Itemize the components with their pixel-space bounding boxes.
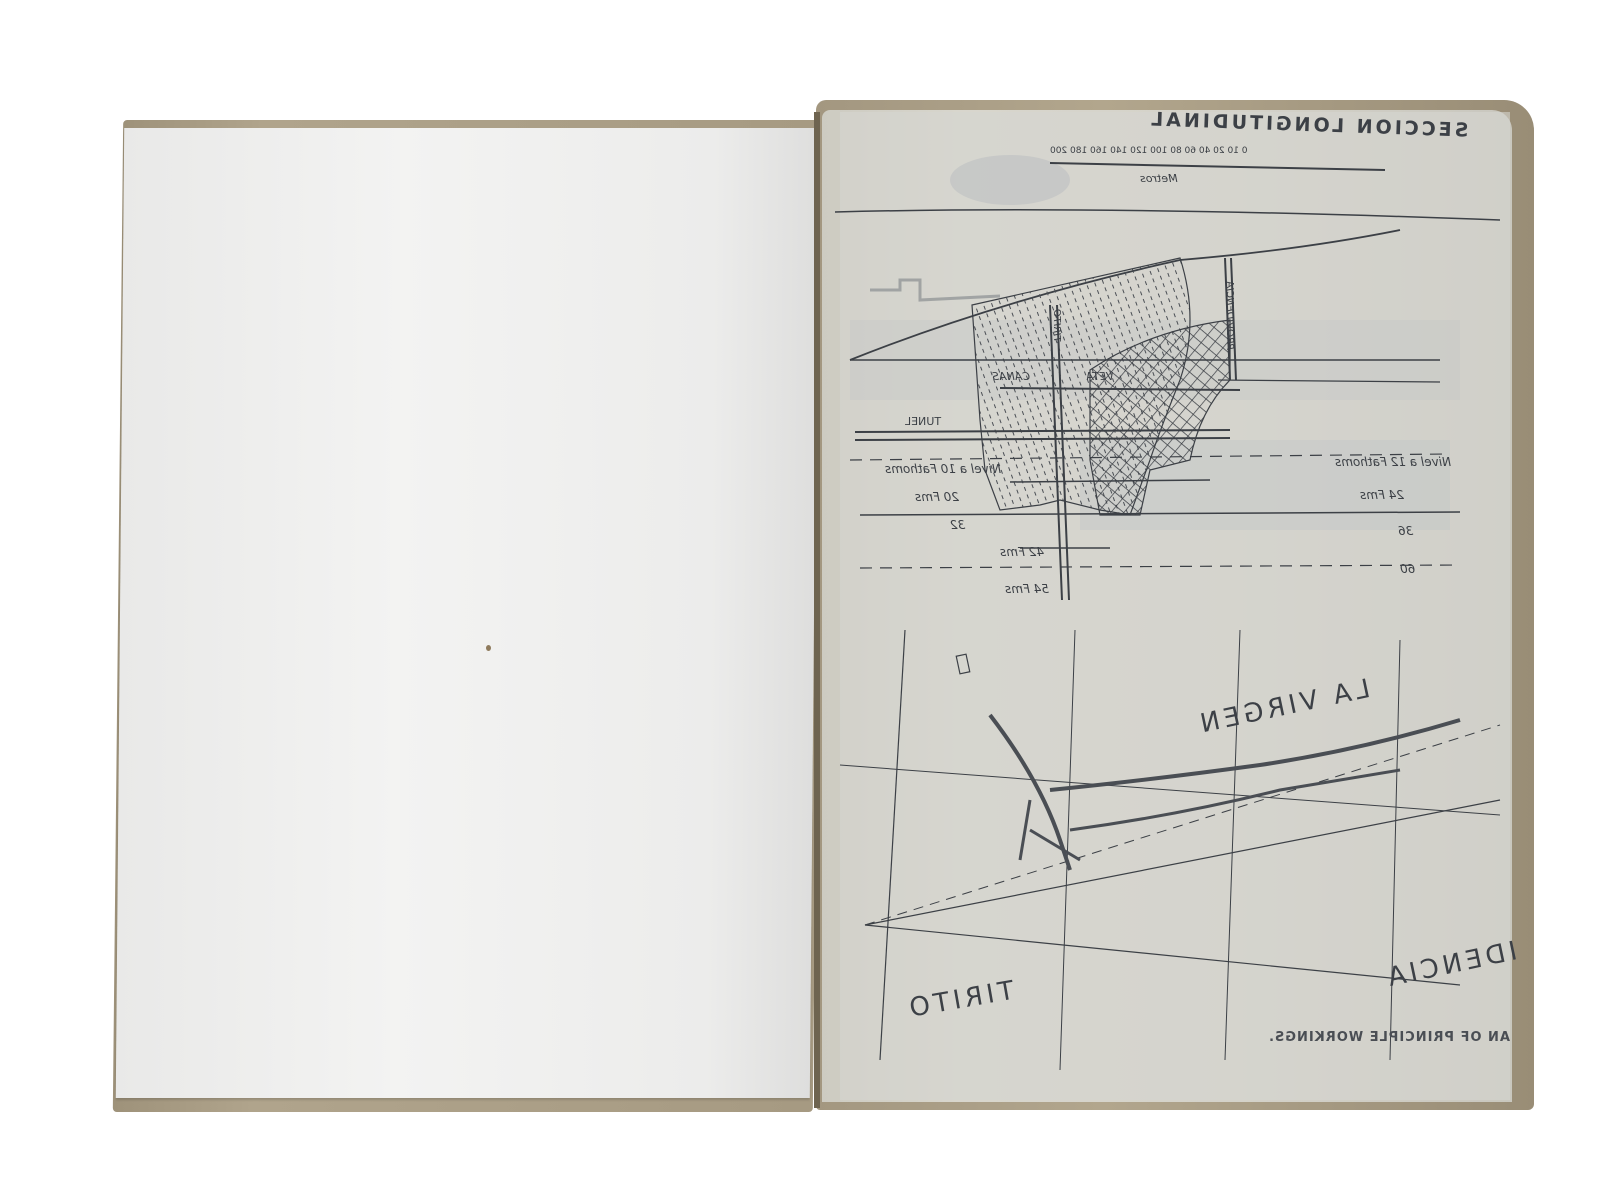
level-label-4: 42 Fms <box>1000 545 1044 559</box>
paper-spot <box>486 645 491 651</box>
plan-footer-caption: AN OF PRINCIPLE WORKINGS. <box>1268 1030 1510 1045</box>
book-spine <box>814 112 820 1108</box>
scale-unit: Metros <box>1140 172 1178 185</box>
section-label-canas: CANAS <box>992 370 1030 383</box>
level-label-6: Nivel a 12 Fathoms <box>1335 455 1451 469</box>
mine-map-drawing <box>822 100 1522 1100</box>
level-label-8: 36 <box>1398 524 1413 538</box>
level-label-3: 32 <box>950 518 965 532</box>
level-label-1: Nivel a 10 Fathoms <box>885 462 1001 476</box>
level-label-9: 60 <box>1400 562 1415 576</box>
shaft-label-tirito: TIRITO <box>1051 309 1062 342</box>
level-label-5: 54 Fms <box>1005 582 1049 596</box>
section-label-veta: VETA <box>1086 370 1114 383</box>
section-label-tunel: TUNEL <box>905 415 941 428</box>
level-label-7: 24 Fms <box>1360 488 1404 502</box>
shaft-label-providencia: PROVIDENCIA <box>1224 281 1235 350</box>
level-label-2: 20 Fms <box>915 490 959 504</box>
scale-ticks: 0 10 20 40 60 80 100 120 140 160 180 200 <box>1050 146 1248 156</box>
blank-left-page <box>116 128 818 1098</box>
